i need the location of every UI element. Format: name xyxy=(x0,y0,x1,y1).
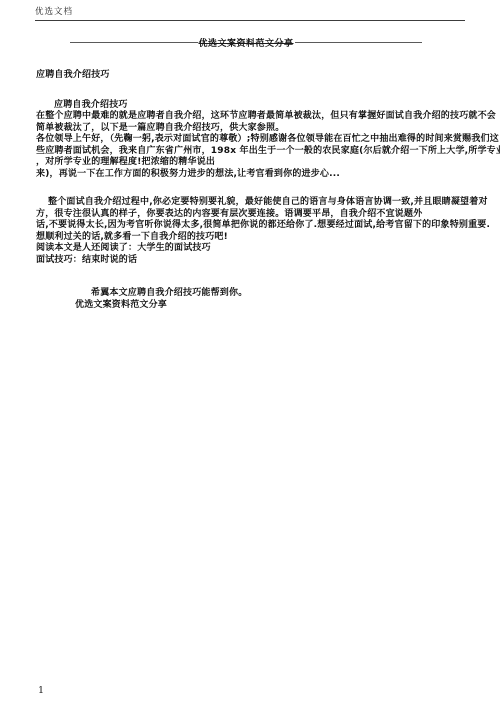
title-row: 优选文案资料范文分享 xyxy=(70,36,422,49)
title-rule-right xyxy=(295,42,423,43)
page-header: 优选文档 xyxy=(35,5,465,21)
text-line: 面试技巧：结束时说的话 xyxy=(36,255,470,267)
page-number: 1 xyxy=(38,685,44,696)
text-line: 阅读本文是人还阅读了：大学生的面试技巧 xyxy=(36,243,470,255)
text-line: 话,不要说得太长,因为考官听你说得太多,很简单把你说的都还给你了.想要经过面试,… xyxy=(36,220,470,232)
doc-heading: 应聘自我介绍技巧 xyxy=(36,70,470,82)
text-line: 简单被裁汰了，以下是一篇应聘自我介绍技巧，供大家参照。 xyxy=(36,123,470,135)
text-line: 在整个应聘中最难的就是应聘者自我介绍，这环节应聘者最简单被裁汰，但只有掌握好面试… xyxy=(36,111,470,123)
text-line: 来)，再说一下在工作方面的积极努力进步的想法,让考官看到你的进步心... xyxy=(36,169,470,181)
title-rule-left xyxy=(70,42,198,43)
text-line: 整个面试自我介绍过程中,你必定要特别要礼貌，最好能使自己的语言与身体语言协调一致… xyxy=(36,197,470,209)
text-line: 想顺利过关的话,就多看一下自我介绍的技巧吧! xyxy=(36,232,470,244)
text-line: 些应聘者面试机会，我来自广东省广州市，198x 年出生于一个一般的农民家庭(尔后… xyxy=(36,146,470,158)
document-body: 应聘自我介绍技巧 应聘自我介绍技巧 在整个应聘中最难的就是应聘者自我介绍，这环节… xyxy=(36,70,470,311)
doc-title: 优选文案资料范文分享 xyxy=(198,36,295,49)
text-line: 各位领导上午好，（先鞠一躬,表示对面试官的尊敬）;特别感谢各位领导能在百忙之中抽… xyxy=(36,134,470,146)
text-line: 希翼本文应聘自我介绍技巧能帮到你。 xyxy=(36,288,470,300)
header-label: 优选文档 xyxy=(35,7,73,17)
text-line: 应聘自我介绍技巧 xyxy=(36,100,470,112)
text-line: 优选文案资料范文分享 xyxy=(36,300,470,312)
document-page: 优选文档 优选文案资料范文分享 应聘自我介绍技巧 应聘自我介绍技巧 在整个应聘中… xyxy=(0,0,500,708)
text-line: 方，很专注很认真的样子，你要表达的内容要有层次要连接。语调要平昂，自我介绍不宜说… xyxy=(36,209,470,221)
text-line: ，对所学专业的理解程度!把浓缩的精华说出 xyxy=(36,157,470,169)
